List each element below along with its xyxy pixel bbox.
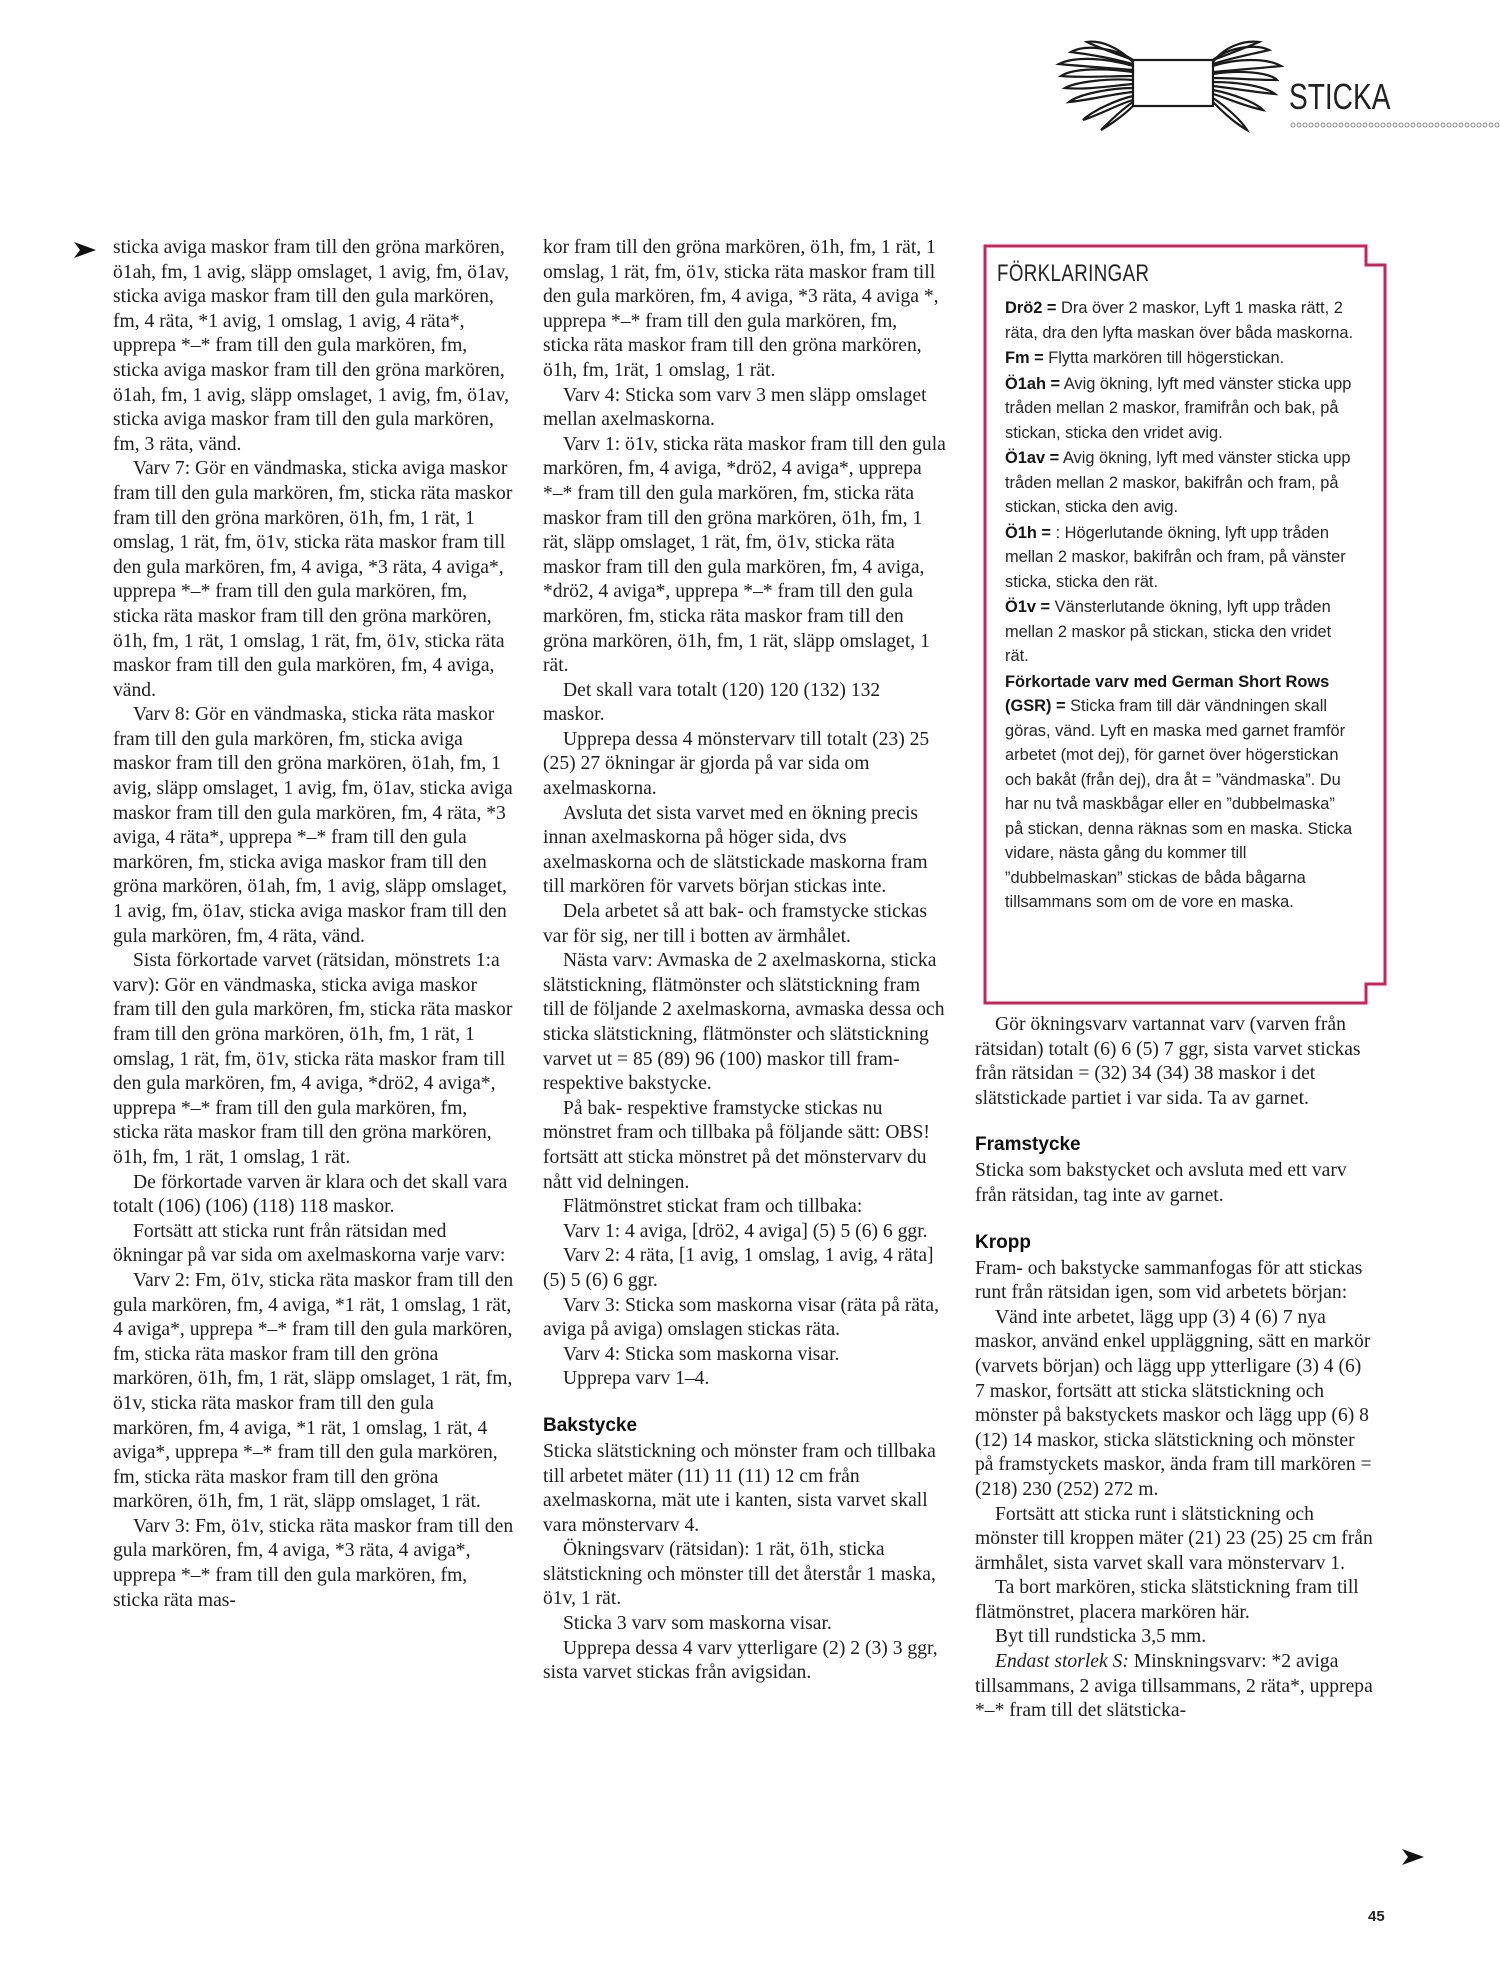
paragraph-okningsvarv: Gör ökningsvarv vartannat varv (varven f… [975, 1013, 1375, 1111]
column-3: Gör ökningsvarv vartannat varv (varven f… [975, 1013, 1375, 1724]
paragraph: Fram- och bakstycke sammanfogas för att … [975, 1257, 1375, 1306]
decorative-dotted-rule [1290, 122, 1500, 130]
paragraph: sticka aviga maskor fram till den gröna … [113, 236, 515, 457]
section-title: STICKA [1289, 76, 1390, 118]
paragraph-next-round: Nästa varv: Avmaska de 2 axelmaskorna, s… [543, 949, 946, 1097]
definition-gsr: Förkortade varv med German Short Rows (G… [1005, 670, 1355, 915]
definition-o1h: Ö1h = : Högerlutande ökning, lyft upp tr… [1005, 521, 1355, 595]
heading-framstycke: Framstycke [975, 1133, 1375, 1157]
paragraph-stitch-total: De förkortade varven är klara och det sk… [113, 1171, 515, 1220]
paragraph-back-front: På bak- respektive framstycke stickas nu… [543, 1097, 946, 1195]
size-note-label: Endast storlek S: [995, 1651, 1129, 1672]
paragraph: Byt till rundsticka 3,5 mm. [975, 1625, 1375, 1650]
definition-o1av: Ö1av = Avig ökning, lyft med vänster sti… [1005, 446, 1355, 520]
paragraph: Upprepa dessa 4 varv ytterligare (2) 2 (… [543, 1637, 946, 1686]
paragraph-pattern-varv-1: Varv 1: 4 aviga, [drö2, 4 aviga] (5) 5 (… [543, 1220, 946, 1245]
paragraph: Sticka 3 varv som maskorna visar. [543, 1612, 946, 1637]
explanations-title: FÖRKLARINGAR [997, 262, 1276, 292]
paragraph-repeat: Upprepa dessa 4 mönstervarv till totalt … [543, 728, 946, 802]
paragraph-varv-2: Varv 2: Fm, ö1v, sticka räta maskor fram… [113, 1269, 515, 1515]
paragraph-varv-8: Varv 8: Gör en vändmaska, sticka räta ma… [113, 703, 515, 949]
paragraph-repeat-rows: Upprepa varv 1–4. [543, 1367, 946, 1392]
definition-fm: Fm = Flytta markören till högerstickan. [1005, 346, 1355, 371]
paragraph-varv-7: Varv 7: Gör en vändmaska, sticka aviga m… [113, 457, 515, 703]
paragraph-okningsvarv: Ökningsvarv (rätsidan): 1 rät, ö1h, stic… [543, 1538, 946, 1612]
paragraph-sista-forkortade-varvet: Sista förkortade varvet (rätsidan, mönst… [113, 949, 515, 1170]
definition-o1v: Ö1v = Vänsterlutande ökning, lyft upp tr… [1005, 595, 1355, 669]
paragraph-varv-3: Varv 3: Fm, ö1v, sticka räta maskor fram… [113, 1515, 515, 1613]
continued-on-next-page-arrow-icon [1402, 1849, 1424, 1865]
paragraph: Sticka slätstickning och mönster fram oc… [543, 1440, 946, 1538]
yarn-skein-icon [1055, 38, 1285, 138]
heading-bakstycke: Bakstycke [543, 1414, 946, 1438]
definition-dro2: Drö2 = Dra över 2 maskor, Lyft 1 maska r… [1005, 296, 1355, 345]
paragraph-continue: Fortsätt att sticka runt från rätsidan m… [113, 1220, 515, 1269]
paragraph-varv-4: Varv 4: Sticka som varv 3 men släpp omsl… [543, 384, 946, 433]
paragraph-varv-1: Varv 1: ö1v, sticka räta maskor fram til… [543, 433, 946, 679]
column-1: sticka aviga maskor fram till den gröna … [113, 236, 515, 1613]
paragraph-finish-round: Avsluta det sista varvet med en ökning p… [543, 802, 946, 900]
paragraph: Sticka som bakstycket och avsluta med et… [975, 1159, 1375, 1208]
paragraph: kor fram till den gröna markören, ö1h, f… [543, 236, 946, 384]
paragraph: Vänd inte arbetet, lägg upp (3) 4 (6) 7 … [975, 1306, 1375, 1503]
definition-o1ah: Ö1ah = Avig ökning, lyft med vänster sti… [1005, 372, 1355, 446]
paragraph-divide-work: Dela arbetet så att bak- och framstycke … [543, 900, 946, 949]
page-number: 45 [1368, 1908, 1385, 1925]
paragraph-cable-pattern: Flätmönstret stickat fram och tillbaka: [543, 1195, 946, 1220]
paragraph-size-note: Endast storlek S: Minskningsvarv: *2 avi… [975, 1650, 1375, 1724]
paragraph: Ta bort markören, sticka slätstickning f… [975, 1576, 1375, 1625]
paragraph-pattern-varv-3: Varv 3: Sticka som maskorna visar (räta … [543, 1294, 946, 1343]
column-2: kor fram till den gröna markören, ö1h, f… [543, 236, 946, 1686]
heading-kropp: Kropp [975, 1231, 1375, 1255]
explanations-box: FÖRKLARINGAR Drö2 = Dra över 2 maskor, L… [1005, 262, 1355, 916]
paragraph-pattern-varv-4: Varv 4: Sticka som maskorna visar. [543, 1343, 946, 1368]
paragraph-pattern-varv-2: Varv 2: 4 räta, [1 avig, 1 omslag, 1 avi… [543, 1244, 946, 1293]
paragraph: Fortsätt att sticka runt i slätstickning… [975, 1503, 1375, 1577]
continued-from-arrow-icon [74, 242, 96, 258]
paragraph-stitch-total: Det skall vara totalt (120) 120 (132) 13… [543, 679, 946, 728]
